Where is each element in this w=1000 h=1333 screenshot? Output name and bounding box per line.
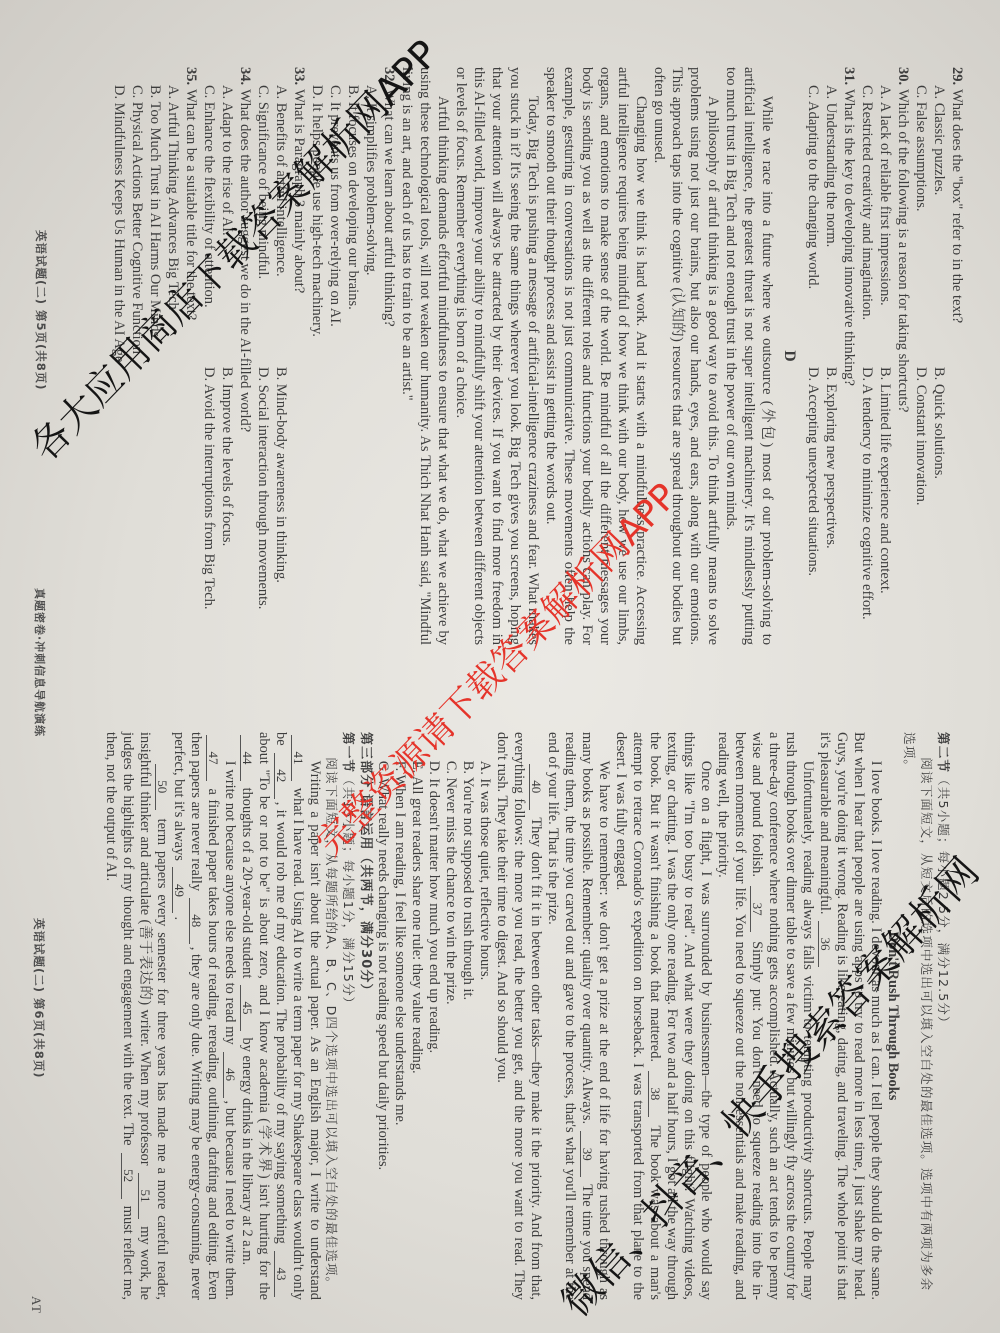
option-row: A. Adapt to the rise of AI.B. Improve th… [218,85,236,645]
option-d: D. It doesn't matter how much you end up… [425,761,442,1300]
question-stem: What does the author suggest we do in th… [237,89,253,432]
option-c: C. Physical Actions Better Cognitive Fun… [128,85,146,367]
option-b: B. Limited life experience and context. [876,367,894,594]
blank-36: 36 [818,921,832,967]
text-run: Writing a paper isn't about the actual p… [307,761,323,1300]
section-2-instruction: 阅读下面短文，从短文后的选项中选出可以填入空白处的最佳选项。选项中有两项为多余选… [901,732,935,1300]
section-2-label: 第二节 [936,732,951,773]
blank-42: 42 [274,753,288,799]
option-d: D. Accepting unexpected situations. [804,367,822,576]
option-d: D. Social interaction through movements. [254,367,272,609]
paragraph: Once on a flight, I was surrounded by bu… [612,732,714,1300]
question-stem: What can be a suitable title for the tex… [183,89,199,320]
question-number: 35. [183,67,199,85]
question-30: 30.Which of the following is a reason fo… [858,67,912,645]
option-row: C. Enhance the flexibility of attention.… [200,85,218,645]
option-c: C. Restricted creativity and imagination… [858,85,876,367]
paragraph: Changing how we think is hard work. And … [542,67,650,645]
option-a: A. Classic puzzles. [930,85,948,367]
option-row: A. Artful Thinking Advances Big Tech [164,85,182,645]
question-35: 35.What can be a suitable title for the … [110,67,200,645]
section-1-detail: （共15小题；每小题1分，满分15分） [341,773,356,1010]
option-row: C. Restricted creativity and imagination… [858,85,876,645]
blank-44: 44 [240,735,254,781]
option-row: D. It helps people use high-tech machine… [308,85,326,645]
question-stem-line: 34.What does the author suggest we do in… [236,67,254,645]
option-a: A. It was those quiet, reflective hours. [476,761,493,1300]
option-row: A. A lack of reliable first impressions.… [876,85,894,645]
text-run: . [171,916,187,920]
option-b: B. Too Much Trust in AI Harms Our Minds [146,85,164,367]
option-c: C. Adapting to the changing world. [804,85,822,367]
text-run: I love books. I love reading. I devour a… [817,732,884,1300]
question-stem: What does the "box" refer to in the text… [949,89,965,323]
option-d: D. Constant innovation. [912,367,930,506]
blank-52: 52 [121,1153,135,1199]
part-3-heading: 第三部分 语言运用（共两节，满分30分） [357,732,374,1300]
blank-40: 40 [529,764,543,810]
answer-options: A. It was those quiet, reflective hours.… [374,732,493,1300]
blank-41: 41 [291,735,305,781]
text-run: , it would rob me of my education. The p… [273,802,289,1248]
questions-32-35: 32.What can we learn about artful thinki… [110,67,398,645]
option-row: D. Mindfulness Keeps Us Human in the AI … [110,85,128,645]
section-2-detail: （共5小题；每小题2.5分，满分12.5分） [936,773,951,1030]
blank-45: 45 [240,985,254,1031]
passage-label: D [780,67,798,645]
blank-48: 48 [189,898,203,944]
options: A. Artful Thinking Advances Big TechB. T… [110,85,182,645]
option-b: B. You're not supposed to rush through i… [459,761,476,1300]
question-number: 30. [895,67,911,85]
corner-mark: AT [28,1296,44,1314]
options: A. It simplifies problem-solving.B. It f… [308,85,380,645]
option-b: B. It focuses on developing our brains. [344,85,362,367]
option-row: A. Understanding the norm.B. Exploring n… [822,85,840,645]
paragraph: Unfortunately, reading always falls vict… [714,732,816,1300]
option-a: A. Understanding the norm. [822,85,840,367]
options: A. A lack of reliable first impressions.… [858,85,894,645]
section-2-heading: 第二节（共5小题；每小题2.5分，满分12.5分） [935,732,952,1300]
question-stem-line: 31.What is the key to developing innovat… [840,67,858,645]
blank-49: 49 [172,867,186,913]
page-5-footer: 英语试题(二) 第5页(共8页) [33,230,49,391]
option-row: A. It simplifies problem-solving. [362,85,380,645]
option-row: A. Classic puzzles.B. Quick solutions. [930,85,948,645]
question-stem-line: 33.What is Paragraph 3 mainly about? [290,67,308,645]
text-run: about "To be or not to be" is about zero… [256,732,272,1300]
option-g: G. What really needs changing is not rea… [374,761,391,1300]
text-run: by energy drinks in the library at 2 a.m… [239,1034,255,1265]
option-c: C. Never miss the chance to win the priz… [442,761,459,1300]
option-c: C. It prevents us from over-relying on A… [326,85,344,367]
option-row: C. False assumptions.D. Constant innovat… [912,85,930,645]
option-a: A. A lack of reliable first impressions. [876,85,894,367]
option-c: C. Significance of being mindful. [254,85,272,367]
paragraph: We have to remember: we don't get a priz… [544,732,612,1300]
paragraph: Artful thinking demands effortful mindfu… [398,67,452,645]
option-e: E. All great readers share one rule: the… [408,761,425,1300]
option-row: B. It focuses on developing our brains. [344,85,362,645]
option-row: C. It prevents us from over-relying on A… [326,85,344,645]
blank-43: 43 [274,1251,288,1297]
option-b: B. Quick solutions. [930,367,948,479]
question-stem: What is Paragraph 3 mainly about? [291,89,307,293]
question-stem-line: 32.What can we learn about artful thinki… [380,67,398,645]
question-34: 34.What does the author suggest we do in… [200,67,254,645]
question-stem-line: 35.What can be a suitable title for the … [182,67,200,645]
paragraph: 50 term papers every semester for three … [102,732,170,1300]
question-29: 29.What does the "box" refer to in the t… [912,67,966,645]
blank-51: 51 [138,1173,152,1219]
section-1-heading: 第一节（共15小题；每小题1分，满分15分） [340,732,357,1300]
options: A. Benefits of artful intelligence.B. Mi… [254,85,290,645]
option-c: C. Enhance the flexibility of attention. [200,85,218,367]
question-32: 32.What can we learn about artful thinki… [308,67,398,645]
text-run: They don't fit it in between other tasks… [494,732,544,1300]
options: A. Adapt to the rise of AI.B. Improve th… [200,85,236,645]
paragraph: 40 They don't fit it in between other ta… [493,732,544,1300]
section-1-instruction: 阅读下面短文，从每题所给的A、B、C、D四个选项中选出可以填入空白处的最佳选项。 [323,732,340,1300]
section-1-label: 第一节 [341,732,356,773]
questions-29-31: 29.What does the "box" refer to in the t… [804,67,966,645]
blank-46: 46 [223,1052,237,1098]
gutter-label: 真题密卷·冲刺信息导航演练 [32,588,48,737]
question-31: 31.What is the key to developing innovat… [804,67,858,645]
reading-passage: I love books. I love reading. I devour a… [493,732,884,1300]
blank-37: 37 [750,886,764,932]
question-stem: Which of the following is a reason for t… [895,89,911,412]
question-number: 31. [841,67,857,85]
question-stem: What is the key to developing innovative… [841,89,857,386]
exam-page-6: 第二节（共5小题；每小题2.5分，满分12.5分） 阅读下面短文，从短文后的选项… [102,732,952,1300]
text-run: I write not because anyone else needs to… [222,761,238,1049]
option-b: B. Exploring new perspectives. [822,367,840,549]
option-d: D. It helps people use high-tech machine… [308,85,326,367]
option-a: A. It simplifies problem-solving. [362,85,380,367]
passage-d: While we race into a future where we out… [398,67,776,645]
part-3-detail: （共两节，满分30分） [358,850,373,997]
option-c: C. False assumptions. [912,85,930,367]
question-stem-line: 30.Which of the following is a reason fo… [894,67,912,645]
option-a: A. Adapt to the rise of AI. [218,85,236,367]
blank-47: 47 [206,735,220,781]
paragraph: I write not because anyone else needs to… [170,732,238,1300]
option-d: D. Avoid the interruptions from Big Tech… [200,367,218,610]
paragraph: Writing a paper isn't about the actual p… [238,732,323,1300]
question-stem: What can we learn about artful thinking? [381,89,397,327]
options: A. Understanding the norm.B. Exploring n… [804,85,840,645]
cloze-passage: Writing a paper isn't about the actual p… [102,732,323,1300]
part-3-label: 第三部分 语言运用 [358,732,373,850]
option-f: F. When I am reading, I feel like someon… [391,761,408,1300]
blank-38: 38 [648,1071,662,1117]
text-run: , but because I need to write them. [222,1101,238,1300]
question-33: 33.What is Paragraph 3 mainly about?A. B… [254,67,308,645]
exam-page-5: 29.What does the "box" refer to in the t… [110,67,966,645]
blank-50: 50 [155,764,169,810]
exam-sheet-spread: 29.What does the "box" refer to in the t… [0,0,1000,1333]
question-number: 29. [949,67,965,85]
paragraph: While we race into a future where we out… [722,67,776,645]
option-row: C. Adapting to the changing world.D. Acc… [804,85,822,645]
question-number: 33. [291,67,307,85]
question-number: 34. [237,67,253,85]
question-number: 32. [381,67,397,85]
option-a: A. Benefits of artful intelligence. [272,85,290,367]
option-row: A. Benefits of artful intelligence.B. Mi… [272,85,290,645]
option-d: D. Mindfulness Keeps Us Human in the AI … [110,85,128,367]
option-a: A. Artful Thinking Advances Big Tech [164,85,182,367]
option-row: C. Physical Actions Better Cognitive Fun… [128,85,146,645]
option-row: C. Significance of being mindful.D. Soci… [254,85,272,645]
option-b: B. Improve the levels of focus. [218,367,236,546]
page-6-footer: 英语试题(二) 第6页(共8页) [31,918,47,1079]
paragraph: Today, Big Tech is pushing a message of … [452,67,542,645]
question-stem-line: 29.What does the "box" refer to in the t… [948,67,966,645]
option-row: B. Too Much Trust in AI Harms Our Minds [146,85,164,645]
paragraph: A philosophy of artful thinking is a goo… [650,67,722,645]
paragraph: I love books. I love reading. I devour a… [816,732,884,1300]
blank-39: 39 [580,1131,594,1177]
passage-title: Don't Rush Through Books [884,732,901,1300]
options: A. Classic puzzles.B. Quick solutions.C.… [912,85,948,645]
option-b: B. Mind-body awareness in thinking. [272,367,290,583]
text-run: thoughts of a 20-year-old student [239,784,255,982]
option-d: D. A tendency to minimize cognitive effo… [858,367,876,620]
